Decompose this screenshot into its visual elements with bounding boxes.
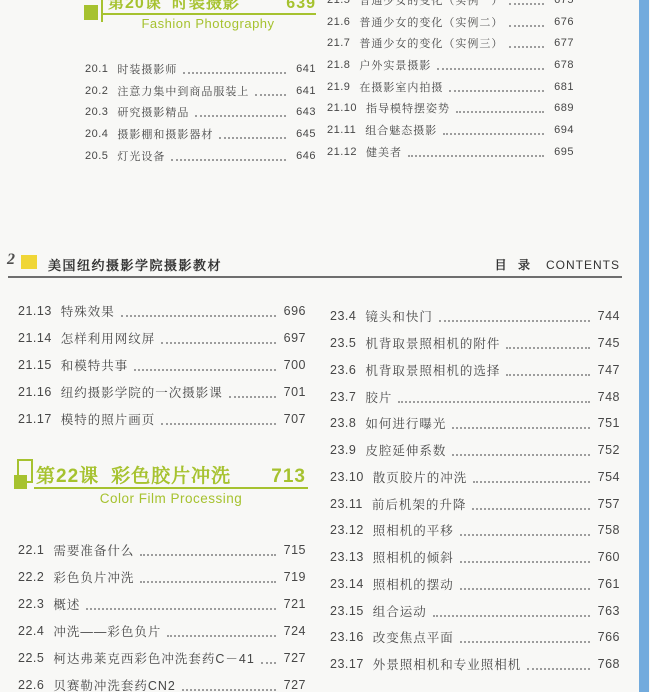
entry-page: 715 bbox=[282, 543, 306, 557]
entry-page: 689 bbox=[550, 102, 574, 114]
entry-title: 组合运动 bbox=[373, 602, 427, 620]
entry-title: 彩色负片冲洗 bbox=[53, 568, 134, 586]
dot-leader bbox=[527, 668, 590, 670]
dot-leader bbox=[183, 72, 286, 74]
entry-number: 20.3 bbox=[85, 106, 108, 118]
entry-title: 指导模特摆姿势 bbox=[366, 100, 450, 116]
toc-entry: 21.17模特的照片画页707 bbox=[18, 406, 306, 433]
entry-page: 707 bbox=[282, 412, 306, 426]
entry-number: 22.1 bbox=[18, 543, 44, 557]
toc-entry: 23.11前后机架的升降757 bbox=[330, 490, 620, 517]
entry-title: 照相机的平移 bbox=[373, 521, 454, 539]
entry-page: 721 bbox=[282, 597, 306, 611]
toc-entry: 22.4冲洗——彩色负片724 bbox=[18, 617, 306, 644]
entry-title: 冲洗——彩色负片 bbox=[53, 622, 161, 640]
dot-leader bbox=[460, 588, 590, 590]
entry-page: 727 bbox=[282, 651, 306, 665]
entry-title: 外景照相机和专业照相机 bbox=[373, 655, 522, 673]
dot-leader bbox=[167, 635, 276, 637]
entry-title: 普通少女的变化（实例一） bbox=[359, 0, 503, 8]
chapter-20-divider-line bbox=[101, 0, 103, 22]
chapter-20-label: 第20课时装摄影 bbox=[108, 0, 240, 13]
entry-page: 695 bbox=[550, 146, 574, 158]
entry-page: 643 bbox=[292, 106, 316, 118]
entry-number: 23.16 bbox=[330, 630, 364, 644]
band-toc-label: 目 录 bbox=[495, 258, 534, 272]
toc-entry: 20.1时装摄影师641 bbox=[85, 58, 316, 80]
entry-page: 747 bbox=[596, 363, 620, 377]
dot-leader bbox=[171, 159, 286, 161]
toc-entry: 21.13特殊效果696 bbox=[18, 298, 306, 325]
chapter-22-subtitle: Color Film Processing bbox=[36, 491, 306, 506]
toc-entry: 21.12健美者695 bbox=[327, 141, 574, 163]
chapter-22-page: 713 bbox=[271, 466, 306, 488]
band-book-title: 美国纽约摄影学院摄影教材 bbox=[48, 255, 222, 274]
entry-page: 700 bbox=[282, 358, 306, 372]
entry-number: 23.7 bbox=[330, 390, 356, 404]
entry-page: 641 bbox=[292, 85, 316, 97]
entry-number: 21.10 bbox=[327, 102, 357, 114]
entry-number: 21.15 bbox=[18, 358, 52, 372]
chapter-22-underline bbox=[34, 487, 308, 489]
toc-entry: 22.1需要准备什么715 bbox=[18, 536, 306, 563]
band-rule-line bbox=[8, 276, 622, 278]
chapter-22-name: 彩色胶片冲洗 bbox=[111, 466, 231, 487]
dot-leader bbox=[443, 133, 544, 135]
entry-title: 灯光设备 bbox=[117, 148, 165, 164]
toc-entry: 21.14怎样利用网纹屏697 bbox=[18, 325, 306, 352]
toc-entry: 23.8如何进行曝光751 bbox=[330, 410, 620, 437]
entry-number: 21.12 bbox=[327, 146, 357, 158]
dot-leader bbox=[182, 689, 276, 691]
entry-number: 23.15 bbox=[330, 604, 364, 618]
entry-number: 20.4 bbox=[85, 128, 108, 140]
band-contents-label: CONTENTS bbox=[546, 258, 620, 272]
entry-page: 751 bbox=[596, 416, 620, 430]
entry-title: 前后机架的升降 bbox=[372, 495, 467, 513]
entry-number: 21.17 bbox=[18, 412, 52, 426]
toc-entry: 23.14照相机的摆动761 bbox=[330, 571, 620, 598]
entry-title: 普通少女的变化（实例三） bbox=[359, 35, 503, 51]
dot-leader bbox=[408, 155, 544, 157]
entry-number: 23.5 bbox=[330, 336, 356, 350]
dot-leader bbox=[229, 396, 276, 398]
dot-leader bbox=[472, 508, 590, 510]
entry-number: 23.8 bbox=[330, 416, 356, 430]
toc-entry: 20.5灯光设备646 bbox=[85, 145, 316, 167]
toc-entry: 21.7普通少女的变化（实例三）677 bbox=[327, 32, 574, 54]
entry-number: 22.6 bbox=[18, 678, 44, 692]
entry-title: 贝赛勒冲洗套药CN2 bbox=[53, 676, 176, 692]
dot-leader bbox=[456, 111, 544, 113]
entry-page: 675 bbox=[550, 0, 574, 6]
entry-page: 677 bbox=[550, 37, 574, 49]
toc-entry: 22.3概述721 bbox=[18, 590, 306, 617]
entry-number: 21.14 bbox=[18, 331, 52, 345]
entry-number: 23.10 bbox=[330, 470, 364, 484]
toc-entry: 20.4摄影棚和摄影器材645 bbox=[85, 123, 316, 145]
toc-entry: 23.10散页胶片的冲洗754 bbox=[330, 464, 620, 491]
entry-title: 组合魅态摄影 bbox=[365, 122, 437, 138]
entry-number: 21.16 bbox=[18, 385, 52, 399]
toc-entry: 21.8户外实景摄影678 bbox=[327, 54, 574, 76]
toc-entry: 23.12照相机的平移758 bbox=[330, 517, 620, 544]
toc-entry: 22.2彩色负片冲洗719 bbox=[18, 563, 306, 590]
entry-page: 694 bbox=[550, 124, 574, 136]
entry-page: 757 bbox=[596, 497, 620, 511]
dot-leader bbox=[161, 423, 276, 425]
entry-title: 研究摄影精品 bbox=[117, 104, 189, 120]
toc-entry: 20.2注意力集中到商品服装上641 bbox=[85, 80, 316, 102]
entry-number: 23.4 bbox=[330, 309, 356, 323]
entry-number: 20.5 bbox=[85, 150, 108, 162]
toc-entry: 21.10指导模特摆姿势689 bbox=[327, 97, 574, 119]
entry-title: 怎样利用网纹屏 bbox=[61, 329, 156, 347]
entry-title: 纽约摄影学院的一次摄影课 bbox=[61, 383, 223, 401]
dot-leader bbox=[439, 320, 590, 322]
entry-page: 678 bbox=[550, 59, 574, 71]
dot-leader bbox=[398, 401, 590, 403]
entry-title: 照相机的倾斜 bbox=[373, 548, 454, 566]
band-right-labels: 目 录CONTENTS bbox=[320, 256, 620, 273]
entry-page: 752 bbox=[596, 443, 620, 457]
entry-page: 681 bbox=[550, 81, 574, 93]
chapter-20-item-list: 20.1时装摄影师64120.2注意力集中到商品服装上64120.3研究摄影精品… bbox=[85, 58, 316, 166]
entry-page: 748 bbox=[596, 390, 620, 404]
entry-page: 744 bbox=[596, 309, 620, 323]
entry-number: 21.13 bbox=[18, 304, 52, 318]
toc-entry: 23.5机背取景照相机的附件745 bbox=[330, 330, 620, 357]
entry-page: 766 bbox=[596, 630, 620, 644]
dot-leader bbox=[449, 90, 544, 92]
dot-leader bbox=[134, 369, 276, 371]
toc-entry: 23.17外景照相机和专业照相机768 bbox=[330, 651, 620, 678]
entry-number: 20.1 bbox=[85, 63, 108, 75]
chapter-20-marker-icon bbox=[84, 5, 98, 20]
chapter-23-item-list: 23.4镜头和快门74423.5机背取景照相机的附件74523.6机背取景照相机… bbox=[330, 303, 620, 678]
entry-title: 注意力集中到商品服装上 bbox=[117, 83, 249, 99]
entry-page: 646 bbox=[292, 150, 316, 162]
entry-page: 768 bbox=[596, 657, 620, 671]
toc-entry: 23.4镜头和快门744 bbox=[330, 303, 620, 330]
entry-number: 21.7 bbox=[327, 37, 350, 49]
entry-page: 696 bbox=[282, 304, 306, 318]
toc-page: 第20课时装摄影 639 Fashion Photography 20.1时装摄… bbox=[0, 0, 650, 692]
dot-leader bbox=[460, 561, 590, 563]
chapter-22-heading: 第22课彩色胶片冲洗 713 bbox=[36, 461, 306, 488]
entry-page: 701 bbox=[282, 385, 306, 399]
dot-leader bbox=[509, 3, 544, 5]
dot-leader bbox=[452, 427, 590, 429]
chapter-20-name: 时装摄影 bbox=[172, 0, 240, 12]
page-edge-bar bbox=[639, 0, 649, 692]
dot-leader bbox=[195, 115, 286, 117]
entry-title: 和模特共事 bbox=[61, 356, 129, 374]
entry-title: 机背取景照相机的选择 bbox=[365, 361, 500, 379]
entry-page: 754 bbox=[596, 470, 620, 484]
entry-title: 改变焦点平面 bbox=[373, 628, 454, 646]
toc-entry: 23.6机背取景照相机的选择747 bbox=[330, 357, 620, 384]
toc-entry: 21.11组合魅态摄影694 bbox=[327, 119, 574, 141]
entry-title: 镜头和快门 bbox=[365, 307, 433, 325]
yellow-square-icon bbox=[21, 255, 37, 269]
entry-title: 摄影棚和摄影器材 bbox=[117, 126, 213, 142]
entry-number: 23.11 bbox=[330, 497, 363, 511]
entry-number: 23.9 bbox=[330, 443, 356, 457]
entry-number: 21.6 bbox=[327, 16, 350, 28]
dot-leader bbox=[437, 68, 544, 70]
dot-leader bbox=[473, 481, 590, 483]
entry-title: 柯达弗莱克西彩色冲洗套药C－41 bbox=[53, 649, 254, 667]
entry-page: 645 bbox=[292, 128, 316, 140]
chapter-20-heading: 第20课时装摄影 639 bbox=[108, 0, 316, 13]
entry-title: 健美者 bbox=[366, 144, 402, 160]
toc-entry: 21.15和模特共事700 bbox=[18, 352, 306, 379]
chapter-22-label: 第22课彩色胶片冲洗 bbox=[36, 461, 231, 488]
entry-number: 22.2 bbox=[18, 570, 44, 584]
entry-title: 需要准备什么 bbox=[53, 541, 134, 559]
entry-page: 724 bbox=[282, 624, 306, 638]
entry-page: 763 bbox=[596, 604, 620, 618]
entry-title: 皮腔延伸系数 bbox=[365, 441, 446, 459]
chapter-22-item-list: 22.1需要准备什么71522.2彩色负片冲洗71922.3概述72122.4冲… bbox=[18, 536, 306, 692]
dot-leader bbox=[433, 615, 590, 617]
dot-leader bbox=[509, 25, 544, 27]
entry-page: 745 bbox=[596, 336, 620, 350]
toc-entry: 22.5柯达弗莱克西彩色冲洗套药C－41727 bbox=[18, 644, 306, 671]
entry-title: 户外实景摄影 bbox=[359, 57, 431, 73]
chapter-22-marker-icon bbox=[14, 475, 27, 489]
entry-number: 22.5 bbox=[18, 651, 44, 665]
toc-entry: 21.5普通少女的变化（实例一）675 bbox=[327, 0, 574, 11]
chapter-22-course: 第22课 bbox=[36, 466, 99, 487]
entry-number: 23.6 bbox=[330, 363, 356, 377]
entry-title: 概述 bbox=[53, 595, 80, 613]
entry-title: 在摄影室内拍摄 bbox=[359, 79, 443, 95]
entry-number: 21.9 bbox=[327, 81, 350, 93]
entry-page: 697 bbox=[282, 331, 306, 345]
entry-title: 散页胶片的冲洗 bbox=[373, 468, 468, 486]
entry-number: 20.2 bbox=[85, 85, 108, 97]
toc-entry: 23.16改变焦点平面766 bbox=[330, 624, 620, 651]
dot-leader bbox=[140, 554, 276, 556]
entry-number: 23.12 bbox=[330, 523, 364, 537]
entry-number: 23.13 bbox=[330, 550, 364, 564]
toc-entry: 23.13照相机的倾斜760 bbox=[330, 544, 620, 571]
entry-title: 照相机的摆动 bbox=[373, 575, 454, 593]
entry-title: 时装摄影师 bbox=[117, 61, 177, 77]
toc-entry: 21.6普通少女的变化（实例二）676 bbox=[327, 11, 574, 33]
entry-title: 特殊效果 bbox=[61, 302, 115, 320]
chapter-20-underline bbox=[101, 13, 316, 15]
entry-number: 23.14 bbox=[330, 577, 364, 591]
dot-leader bbox=[460, 534, 590, 536]
dot-leader bbox=[460, 641, 590, 643]
toc-entry: 21.9在摄影室内拍摄681 bbox=[327, 76, 574, 98]
toc-entry: 20.3研究摄影精品643 bbox=[85, 101, 316, 123]
dot-leader bbox=[506, 347, 590, 349]
chapter-20-page: 639 bbox=[286, 0, 316, 13]
entry-title: 模特的照片画页 bbox=[61, 410, 156, 428]
dot-leader bbox=[452, 454, 590, 456]
entry-page: 761 bbox=[596, 577, 620, 591]
chapter-21-top-item-list: 21.5普通少女的变化（实例一）67521.6普通少女的变化（实例二）67621… bbox=[327, 0, 574, 163]
toc-entry: 23.9皮腔延伸系数752 bbox=[330, 437, 620, 464]
entry-page: 676 bbox=[550, 16, 574, 28]
dot-leader bbox=[161, 342, 276, 344]
entry-page: 760 bbox=[596, 550, 620, 564]
chapter-20-course: 第20课 bbox=[108, 0, 162, 12]
entry-title: 胶片 bbox=[365, 388, 392, 406]
entry-number: 21.5 bbox=[327, 0, 350, 6]
toc-entry: 22.6贝赛勒冲洗套药CN2727 bbox=[18, 671, 306, 692]
dot-leader bbox=[506, 374, 590, 376]
entry-title: 如何进行曝光 bbox=[365, 414, 446, 432]
entry-number: 22.4 bbox=[18, 624, 44, 638]
toc-entry: 23.15组合运动763 bbox=[330, 597, 620, 624]
chapter-21-bottom-item-list: 21.13特殊效果69621.14怎样利用网纹屏69721.15和模特共事700… bbox=[18, 298, 306, 432]
entry-number: 21.11 bbox=[327, 124, 356, 136]
entry-number: 22.3 bbox=[18, 597, 44, 611]
entry-title: 机背取景照相机的附件 bbox=[365, 334, 500, 352]
toc-entry: 21.16纽约摄影学院的一次摄影课701 bbox=[18, 379, 306, 406]
dot-leader bbox=[509, 46, 544, 48]
chapter-20-subtitle: Fashion Photography bbox=[104, 16, 312, 31]
dot-leader bbox=[261, 662, 276, 664]
entry-page: 727 bbox=[282, 678, 306, 692]
entry-number: 23.17 bbox=[330, 657, 364, 671]
band-page-number: 2 bbox=[7, 251, 15, 269]
entry-title: 普通少女的变化（实例二） bbox=[359, 14, 503, 30]
dot-leader bbox=[255, 94, 286, 96]
entry-number: 21.8 bbox=[327, 59, 350, 71]
dot-leader bbox=[121, 315, 276, 317]
toc-entry: 23.7胶片748 bbox=[330, 383, 620, 410]
entry-page: 641 bbox=[292, 63, 316, 75]
dot-leader bbox=[86, 608, 276, 610]
entry-page: 719 bbox=[282, 570, 306, 584]
dot-leader bbox=[140, 581, 276, 583]
dot-leader bbox=[219, 137, 286, 139]
entry-page: 758 bbox=[596, 523, 620, 537]
